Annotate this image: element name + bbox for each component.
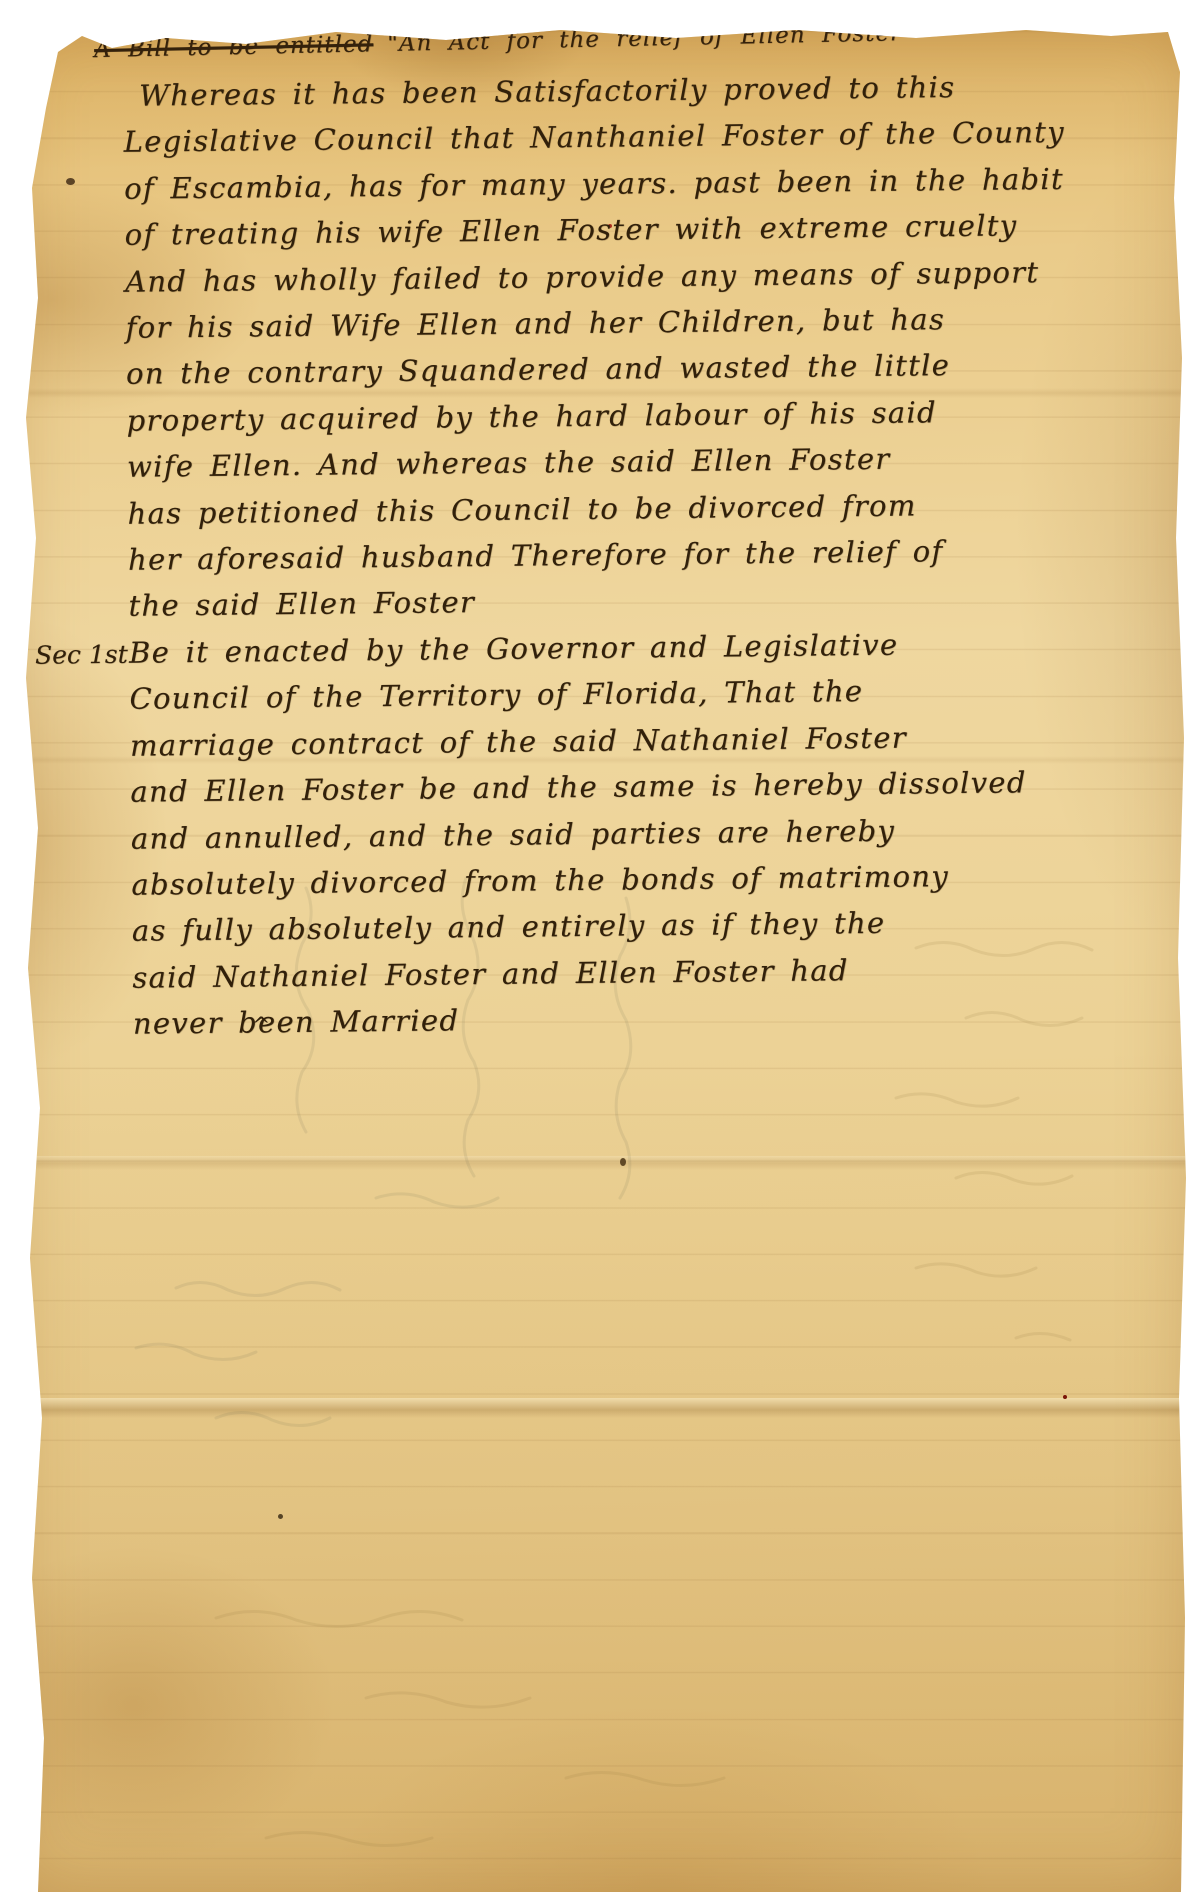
manuscript-body: Whereas it has been Satisfactorily prove… — [123, 63, 1033, 1047]
section-label: Sec 1st — [35, 632, 128, 679]
caret-insertion-mark: ^ — [252, 1014, 270, 1039]
ink-speck — [1063, 1395, 1067, 1399]
ink-speck — [66, 178, 75, 185]
line-text: Be it enacted by the Governor and Legisl… — [129, 628, 899, 670]
paper-sheet: A Bill to be entitled"An Act for the rel… — [16, 18, 1188, 1892]
ink-speck — [278, 1514, 283, 1519]
ink-speck — [620, 1158, 626, 1166]
